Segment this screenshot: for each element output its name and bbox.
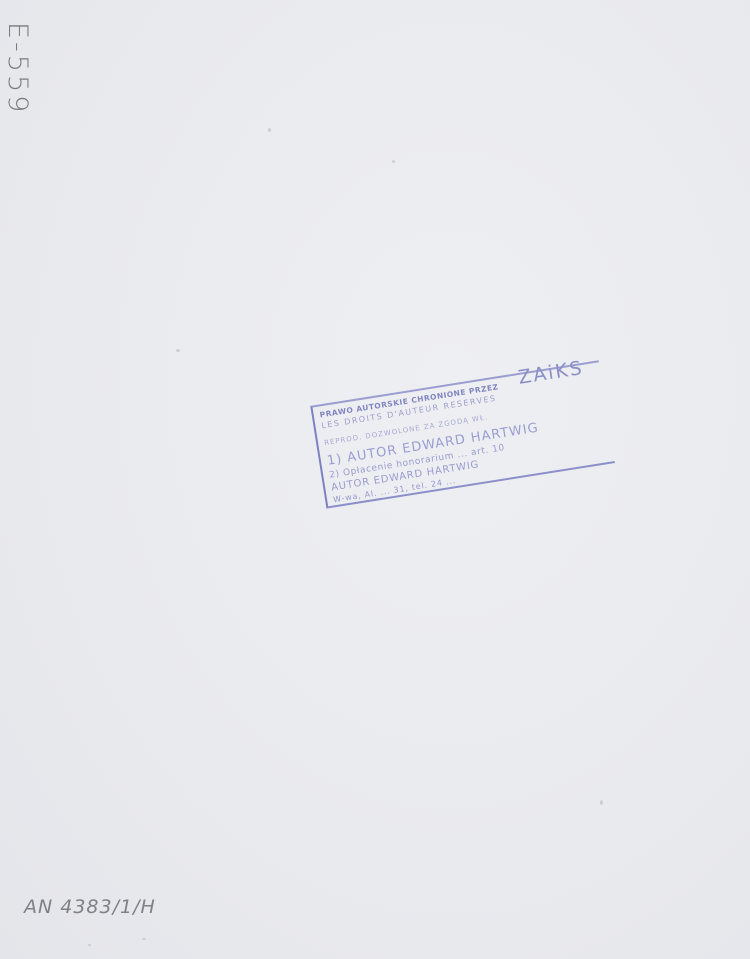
paper-speck: [176, 349, 180, 352]
paper-speck: [268, 128, 271, 132]
pencil-inventory-number-bottom: AN 4383/1/H: [24, 896, 156, 918]
paper-speck: [392, 160, 395, 163]
paper-speck: [88, 944, 91, 946]
paper-speck: [142, 938, 146, 940]
pencil-inventory-number-side: E-559: [2, 22, 32, 182]
paper-speck: [600, 800, 603, 805]
